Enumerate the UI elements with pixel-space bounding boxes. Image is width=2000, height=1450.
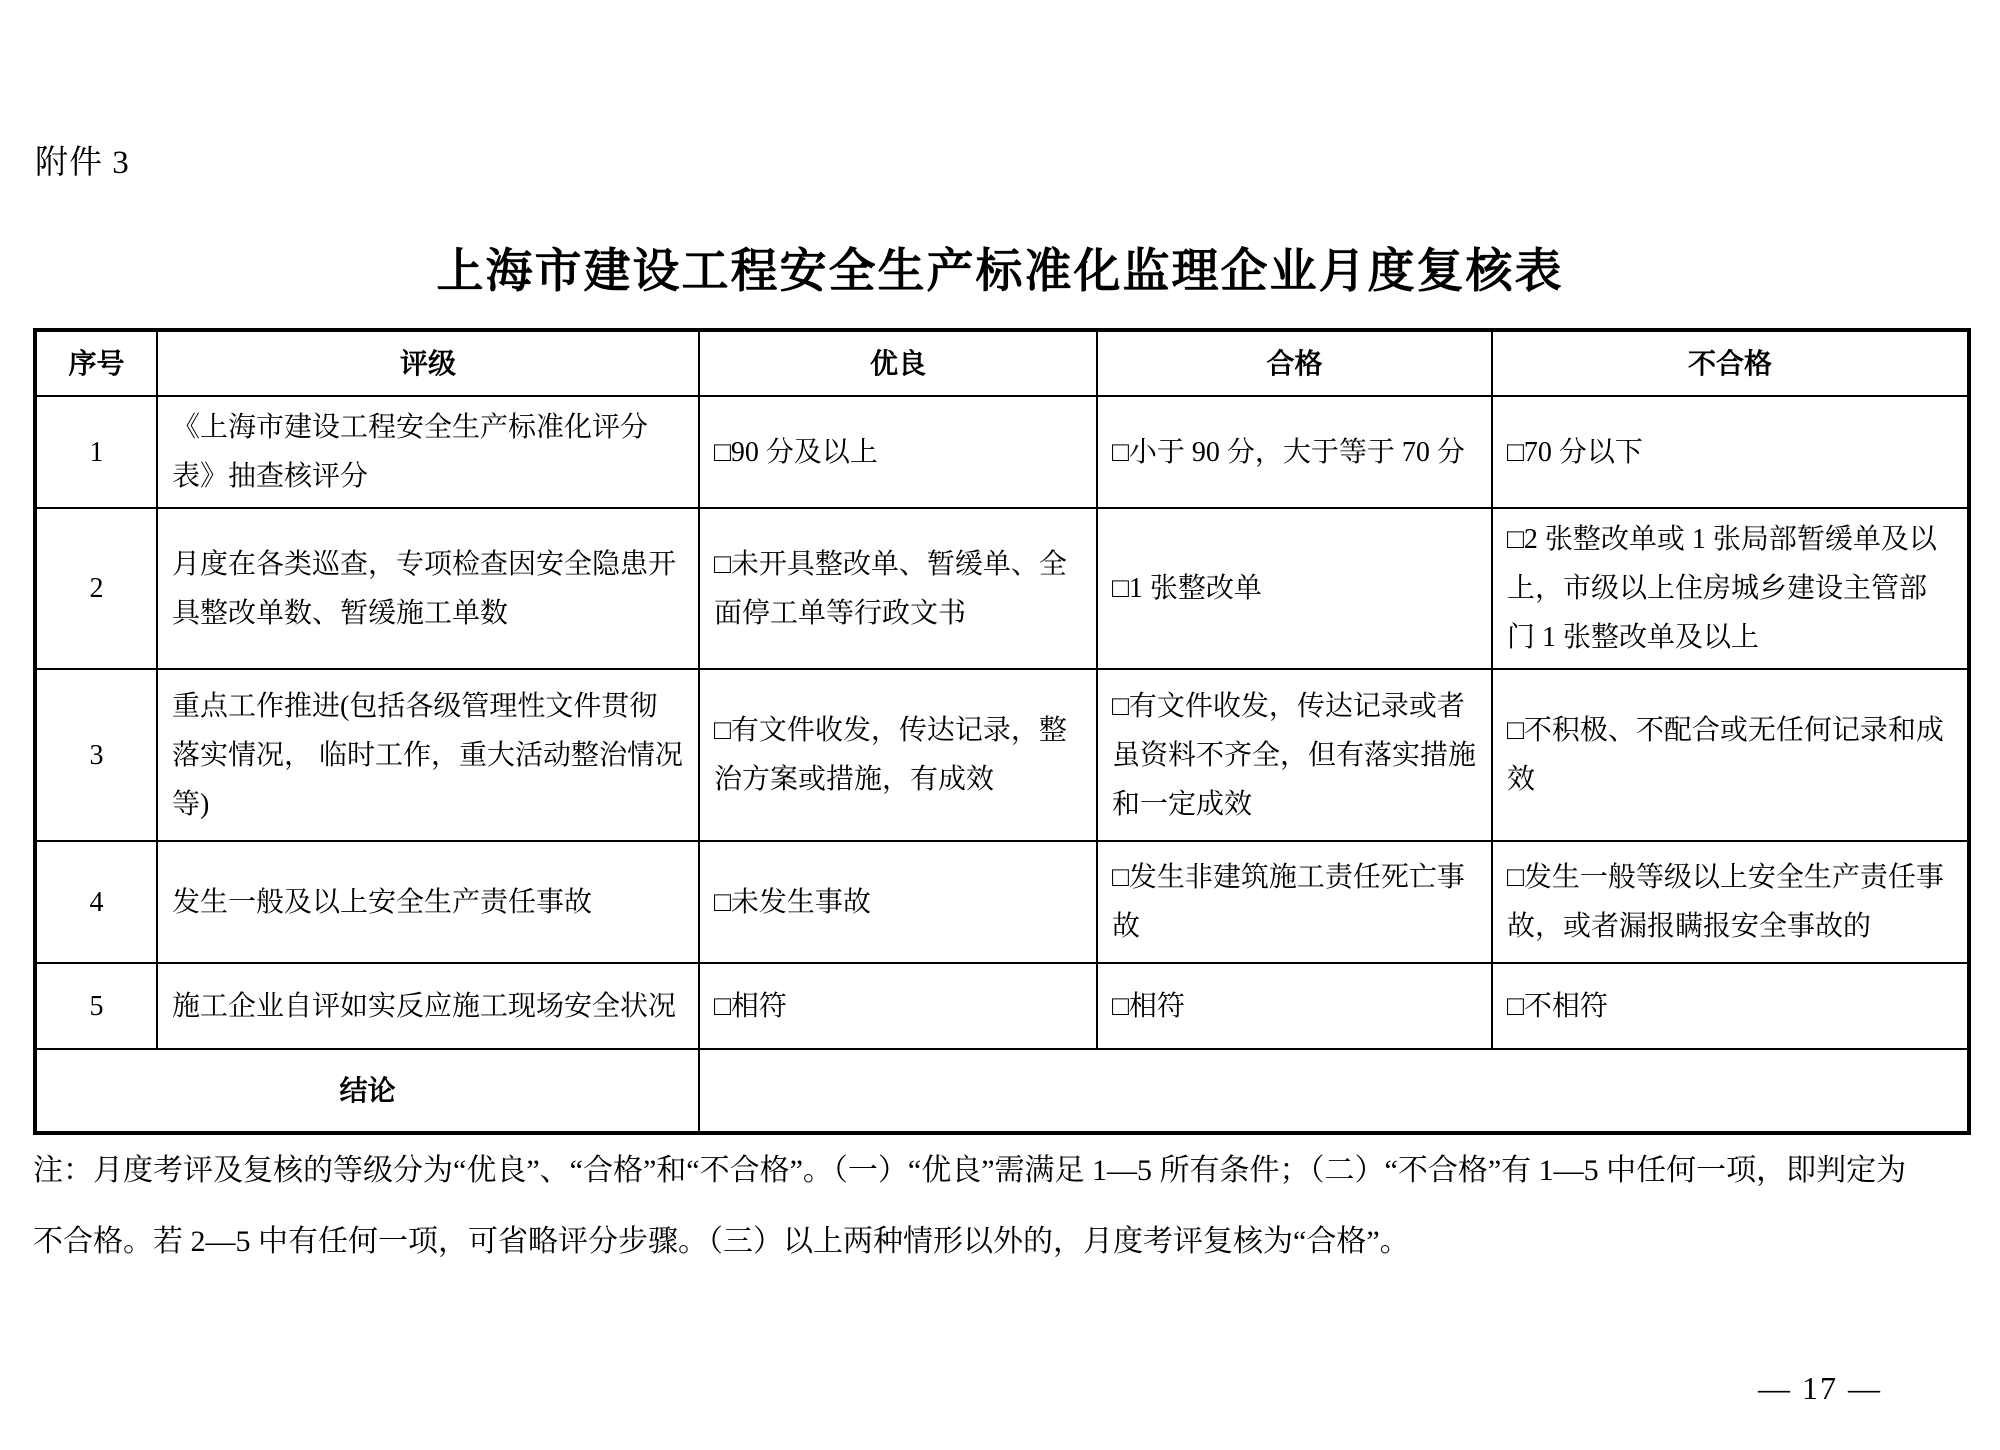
row-number: 1 xyxy=(35,396,157,508)
table-row: 1 《上海市建设工程安全生产标准化评分表》抽查核评分 □90 分及以上 □小于 … xyxy=(35,396,1969,508)
review-table: 序号 评级 优良 合格 不合格 1 《上海市建设工程安全生产标准化评分表》抽查核… xyxy=(33,328,1971,1135)
unqualified-option-cell: □不相符 xyxy=(1492,963,1969,1049)
criteria-cell: 月度在各类巡查，专项检查因安全隐患开具整改单数、暂缓施工单数 xyxy=(157,508,699,669)
row-number: 3 xyxy=(35,669,157,841)
unqualified-option-cell: □70 分以下 xyxy=(1492,396,1969,508)
qualified-option-cell: □小于 90 分，大于等于 70 分 xyxy=(1097,396,1492,508)
header-qualified: 合格 xyxy=(1097,330,1492,396)
excellent-option-cell: □未开具整改单、暂缓单、全面停工单等行政文书 xyxy=(699,508,1097,669)
page-number: — 17 — xyxy=(1758,1370,1882,1407)
table-row: 5 施工企业自评如实反应施工现场安全状况 □相符 □相符 □不相符 xyxy=(35,963,1969,1049)
criteria-cell: 《上海市建设工程安全生产标准化评分表》抽查核评分 xyxy=(157,396,699,508)
row-number: 5 xyxy=(35,963,157,1049)
excellent-option-cell: □有文件收发，传达记录，整治方案或措施，有成效 xyxy=(699,669,1097,841)
table-row: 3 重点工作推进(包括各级管理性文件贯彻落实情况， 临时工作，重大活动整治情况等… xyxy=(35,669,1969,841)
criteria-cell: 重点工作推进(包括各级管理性文件贯彻落实情况， 临时工作，重大活动整治情况等) xyxy=(157,669,699,841)
table-header-row: 序号 评级 优良 合格 不合格 xyxy=(35,330,1969,396)
excellent-option-cell: □未发生事故 xyxy=(699,841,1097,963)
header-unqualified: 不合格 xyxy=(1492,330,1969,396)
unqualified-option-cell: □不积极、不配合或无任何记录和成效 xyxy=(1492,669,1969,841)
conclusion-label: 结论 xyxy=(35,1049,699,1133)
header-rating-criteria: 评级 xyxy=(157,330,699,396)
qualified-option-cell: □1 张整改单 xyxy=(1097,508,1492,669)
unqualified-option-cell: □发生一般等级以上安全生产责任事故，或者漏报瞒报安全事故的 xyxy=(1492,841,1969,963)
qualified-option-cell: □相符 xyxy=(1097,963,1492,1049)
excellent-option-cell: □相符 xyxy=(699,963,1097,1049)
qualified-option-cell: □发生非建筑施工责任死亡事故 xyxy=(1097,841,1492,963)
table-row: 2 月度在各类巡查，专项检查因安全隐患开具整改单数、暂缓施工单数 □未开具整改单… xyxy=(35,508,1969,669)
criteria-cell: 发生一般及以上安全生产责任事故 xyxy=(157,841,699,963)
header-serial-number: 序号 xyxy=(35,330,157,396)
note-line-1: 注：月度考评及复核的等级分为“优良”、“合格”和“不合格”。（一）“优良”需满足… xyxy=(33,1154,1906,1187)
unqualified-option-cell: □2 张整改单或 1 张局部暂缓单及以上，市级以上住房城乡建设主管部门 1 张整… xyxy=(1492,508,1969,669)
page-title: 上海市建设工程安全生产标准化监理企业月度复核表 xyxy=(0,234,2000,301)
note-line-2: 不合格。若 2—5 中有任何一项，可省略评分步骤。（三）以上两种情形以外的，月度… xyxy=(33,1225,1410,1258)
row-number: 4 xyxy=(35,841,157,963)
row-number: 2 xyxy=(35,508,157,669)
header-excellent: 优良 xyxy=(699,330,1097,396)
qualified-option-cell: □有文件收发，传达记录或者虽资料不齐全，但有落实措施和一定成效 xyxy=(1097,669,1492,841)
table-row: 4 发生一般及以上安全生产责任事故 □未发生事故 □发生非建筑施工责任死亡事故 … xyxy=(35,841,1969,963)
conclusion-value-cell xyxy=(699,1049,1969,1133)
document-page: 附件 3 上海市建设工程安全生产标准化监理企业月度复核表 序号 评级 优良 合格… xyxy=(0,0,2000,1450)
attachment-label: 附件 3 xyxy=(35,136,130,183)
criteria-cell: 施工企业自评如实反应施工现场安全状况 xyxy=(157,963,699,1049)
conclusion-row: 结论 xyxy=(35,1049,1969,1133)
note-paragraph: 注：月度考评及复核的等级分为“优良”、“合格”和“不合格”。（一）“优良”需满足… xyxy=(33,1136,1967,1277)
excellent-option-cell: □90 分及以上 xyxy=(699,396,1097,508)
